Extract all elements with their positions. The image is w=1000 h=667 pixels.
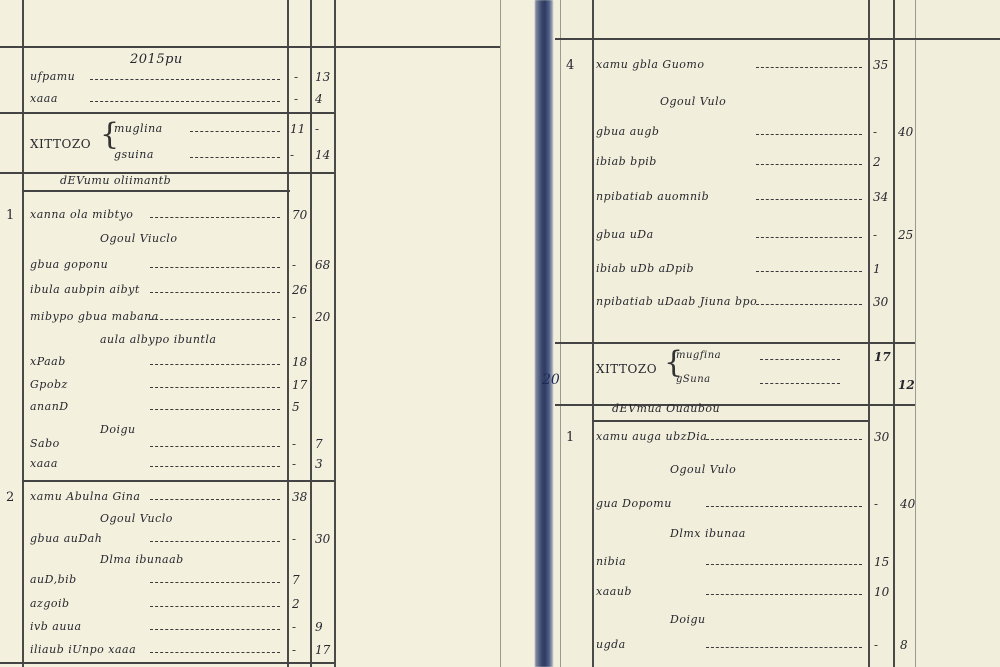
leader-dashes <box>706 564 862 566</box>
amount-b: 7 <box>315 437 323 451</box>
row-label: xamu gbla Guomo <box>596 58 704 71</box>
row-label: gbua goponu <box>30 258 108 271</box>
section-header: dEVumu oliimantb <box>60 174 171 187</box>
row-label: Sabo <box>30 437 60 450</box>
amount-a: 18 <box>292 355 307 369</box>
column-rule <box>334 0 336 667</box>
row-label: ananD <box>30 400 69 413</box>
leader-dashes <box>150 582 280 584</box>
total-line-label: gsuina <box>114 148 154 161</box>
amount-a: - <box>292 457 296 471</box>
leader-dashes <box>190 157 280 159</box>
column-rule <box>868 0 870 667</box>
leader-dashes <box>756 164 862 166</box>
row-label: xaaa <box>30 92 58 105</box>
row-label: ivb auua <box>30 620 82 633</box>
row-label: xPaab <box>30 355 66 368</box>
amount-a: - <box>290 148 294 162</box>
amount-a: 2 <box>292 597 300 611</box>
amount-a: 38 <box>292 490 307 504</box>
amount-b: 9 <box>315 620 323 634</box>
row-label: Dlma ibunaab <box>100 553 184 566</box>
total-line-label: gSuna <box>676 374 711 385</box>
entry-number: 4 <box>566 58 575 73</box>
amount-a: - <box>874 638 878 652</box>
leader-dashes <box>706 439 862 441</box>
amount-a: - <box>292 620 296 634</box>
leader-dashes <box>150 267 280 269</box>
row-label: azgoib <box>30 597 70 610</box>
leader-dashes <box>150 499 280 501</box>
amount-a: - <box>873 125 877 139</box>
leader-dashes <box>150 387 280 389</box>
amount-b: 20 <box>315 310 330 324</box>
leader-dashes <box>150 409 280 411</box>
row-label: xaaub <box>596 585 632 598</box>
amount-a: 30 <box>874 430 889 444</box>
leader-dashes <box>760 383 840 385</box>
row-label: npibatiab uDaab Jiuna bpo <box>596 295 757 308</box>
leader-dashes <box>190 131 280 133</box>
row-rule <box>555 342 915 344</box>
leader-dashes <box>706 506 862 508</box>
amount-a: 1 <box>873 262 881 276</box>
row-label: Doigu <box>100 423 136 436</box>
leader-dashes <box>90 101 280 103</box>
row-label: Gpobz <box>30 378 68 391</box>
row-label: Ogoul Vuclo <box>100 512 173 525</box>
leader-dashes <box>150 217 280 219</box>
leader-dashes <box>150 541 280 543</box>
row-label: Ogoul Vulo <box>670 463 736 476</box>
amount-b: 25 <box>898 228 913 242</box>
section-header: dEVmua Ouaubou <box>612 402 720 415</box>
leader-dashes <box>150 446 280 448</box>
leader-dashes <box>706 647 862 649</box>
column-rule <box>592 0 594 667</box>
amount-b: 40 <box>900 497 915 511</box>
amount-a: - <box>292 437 296 451</box>
amount-a: 34 <box>873 190 888 204</box>
leader-dashes <box>756 67 862 69</box>
row-label: ibiab uDb aDpib <box>596 262 694 275</box>
amount-b: 30 <box>315 532 330 546</box>
row-rule <box>0 112 334 114</box>
leader-dashes <box>150 292 280 294</box>
column-rule <box>915 0 916 667</box>
amount-a: 17 <box>874 350 891 364</box>
amount-a: 10 <box>874 585 889 599</box>
row-label: Doigu <box>670 613 706 626</box>
leader-dashes <box>756 271 862 273</box>
amount-a: - <box>292 643 296 657</box>
row-label: gbua uDa <box>596 228 654 241</box>
amount-a: - <box>294 92 298 106</box>
amount-b: 40 <box>898 125 913 139</box>
entry-number: 2 <box>6 490 15 505</box>
amount-a: - <box>873 228 877 242</box>
row-label: auD,bib <box>30 573 77 586</box>
entry-number: 1 <box>566 430 575 445</box>
row-rule <box>555 404 915 406</box>
amount-a: 35 <box>873 58 888 72</box>
amount-a: - <box>292 310 296 324</box>
row-label: Dlmx ibunaa <box>670 527 746 540</box>
amount-a: 70 <box>292 208 307 222</box>
column-rule <box>287 0 289 667</box>
column-rule <box>500 0 501 667</box>
amount-a: 11 <box>290 122 305 136</box>
total-label: XITTOZO <box>30 137 91 151</box>
row-rule <box>0 662 334 664</box>
row-rule <box>592 420 868 422</box>
amount-a: - <box>292 258 296 272</box>
total-line-label: mugfina <box>676 350 721 361</box>
column-rule <box>22 0 24 667</box>
leader-dashes <box>150 466 280 468</box>
amount-b: 3 <box>315 457 323 471</box>
amount-a: 5 <box>292 400 300 414</box>
row-rule <box>0 46 500 48</box>
column-rule <box>310 0 312 667</box>
amount-b: 8 <box>900 638 908 652</box>
row-label: nibia <box>596 555 626 568</box>
row-label: ibiab bpib <box>596 155 657 168</box>
leader-dashes <box>150 606 280 608</box>
column-rule <box>560 0 561 667</box>
row-label: iliaub iUnpo xaaa <box>30 643 136 656</box>
row-label: xamu auga ubzDia <box>596 430 707 443</box>
amount-a: 30 <box>873 295 888 309</box>
leader-dashes <box>150 629 280 631</box>
row-label: xanna ola mibtyo <box>30 208 133 221</box>
leader-dashes <box>756 134 862 136</box>
row-label: aula albypo ibuntla <box>100 333 216 346</box>
row-label: ugda <box>596 638 626 651</box>
leader-dashes <box>756 199 862 201</box>
row-label: gua Dopomu <box>596 497 672 510</box>
row-label: gbua auDah <box>30 532 102 545</box>
amount-b: - <box>315 122 319 136</box>
row-label: mibypo gbua mabana <box>30 310 159 323</box>
amount-b: 12 <box>898 378 915 392</box>
amount-a: 26 <box>292 283 307 297</box>
total-label: XITTOZO <box>596 362 657 376</box>
row-rule <box>22 190 290 192</box>
leader-dashes <box>150 364 280 366</box>
leader-dashes <box>150 652 280 654</box>
amount-a: - <box>292 532 296 546</box>
row-label: xamu Abulna Gina <box>30 490 140 503</box>
row-label: Ogoul Vulo <box>660 95 726 108</box>
amount-b: 13 <box>315 70 330 84</box>
row-rule <box>555 38 1000 40</box>
row-rule <box>22 480 334 482</box>
amount-b: 14 <box>315 148 330 162</box>
total-line-label: muglina <box>114 122 163 135</box>
book-gutter <box>535 0 553 667</box>
leader-dashes <box>706 594 862 596</box>
entry-number: 1 <box>6 208 15 223</box>
amount-b: 4 <box>315 92 323 106</box>
amount-a: 2 <box>873 155 881 169</box>
amount-a: 7 <box>292 573 300 587</box>
amount-a: 17 <box>292 378 307 392</box>
row-label: Ogoul Viuclo <box>100 232 177 245</box>
row-label: npibatiab auomnib <box>596 190 709 203</box>
amount-a: - <box>294 70 298 84</box>
row-label: gbua augb <box>596 125 659 138</box>
row-label: xaaa <box>30 457 58 470</box>
leader-dashes <box>756 304 862 306</box>
row-label: ufpamu <box>30 70 75 83</box>
amount-b: 68 <box>315 258 330 272</box>
amount-a: - <box>874 497 878 511</box>
column-rule <box>893 0 895 667</box>
row-label: ibula aubpin aibyt <box>30 283 140 296</box>
margin-mark: 20 <box>542 372 560 388</box>
leader-dashes <box>760 359 840 361</box>
section-header: 2015pu <box>130 52 183 67</box>
leader-dashes <box>756 237 862 239</box>
amount-b: 17 <box>315 643 330 657</box>
leader-dashes <box>150 319 280 321</box>
leader-dashes <box>90 79 280 81</box>
amount-a: 15 <box>874 555 889 569</box>
